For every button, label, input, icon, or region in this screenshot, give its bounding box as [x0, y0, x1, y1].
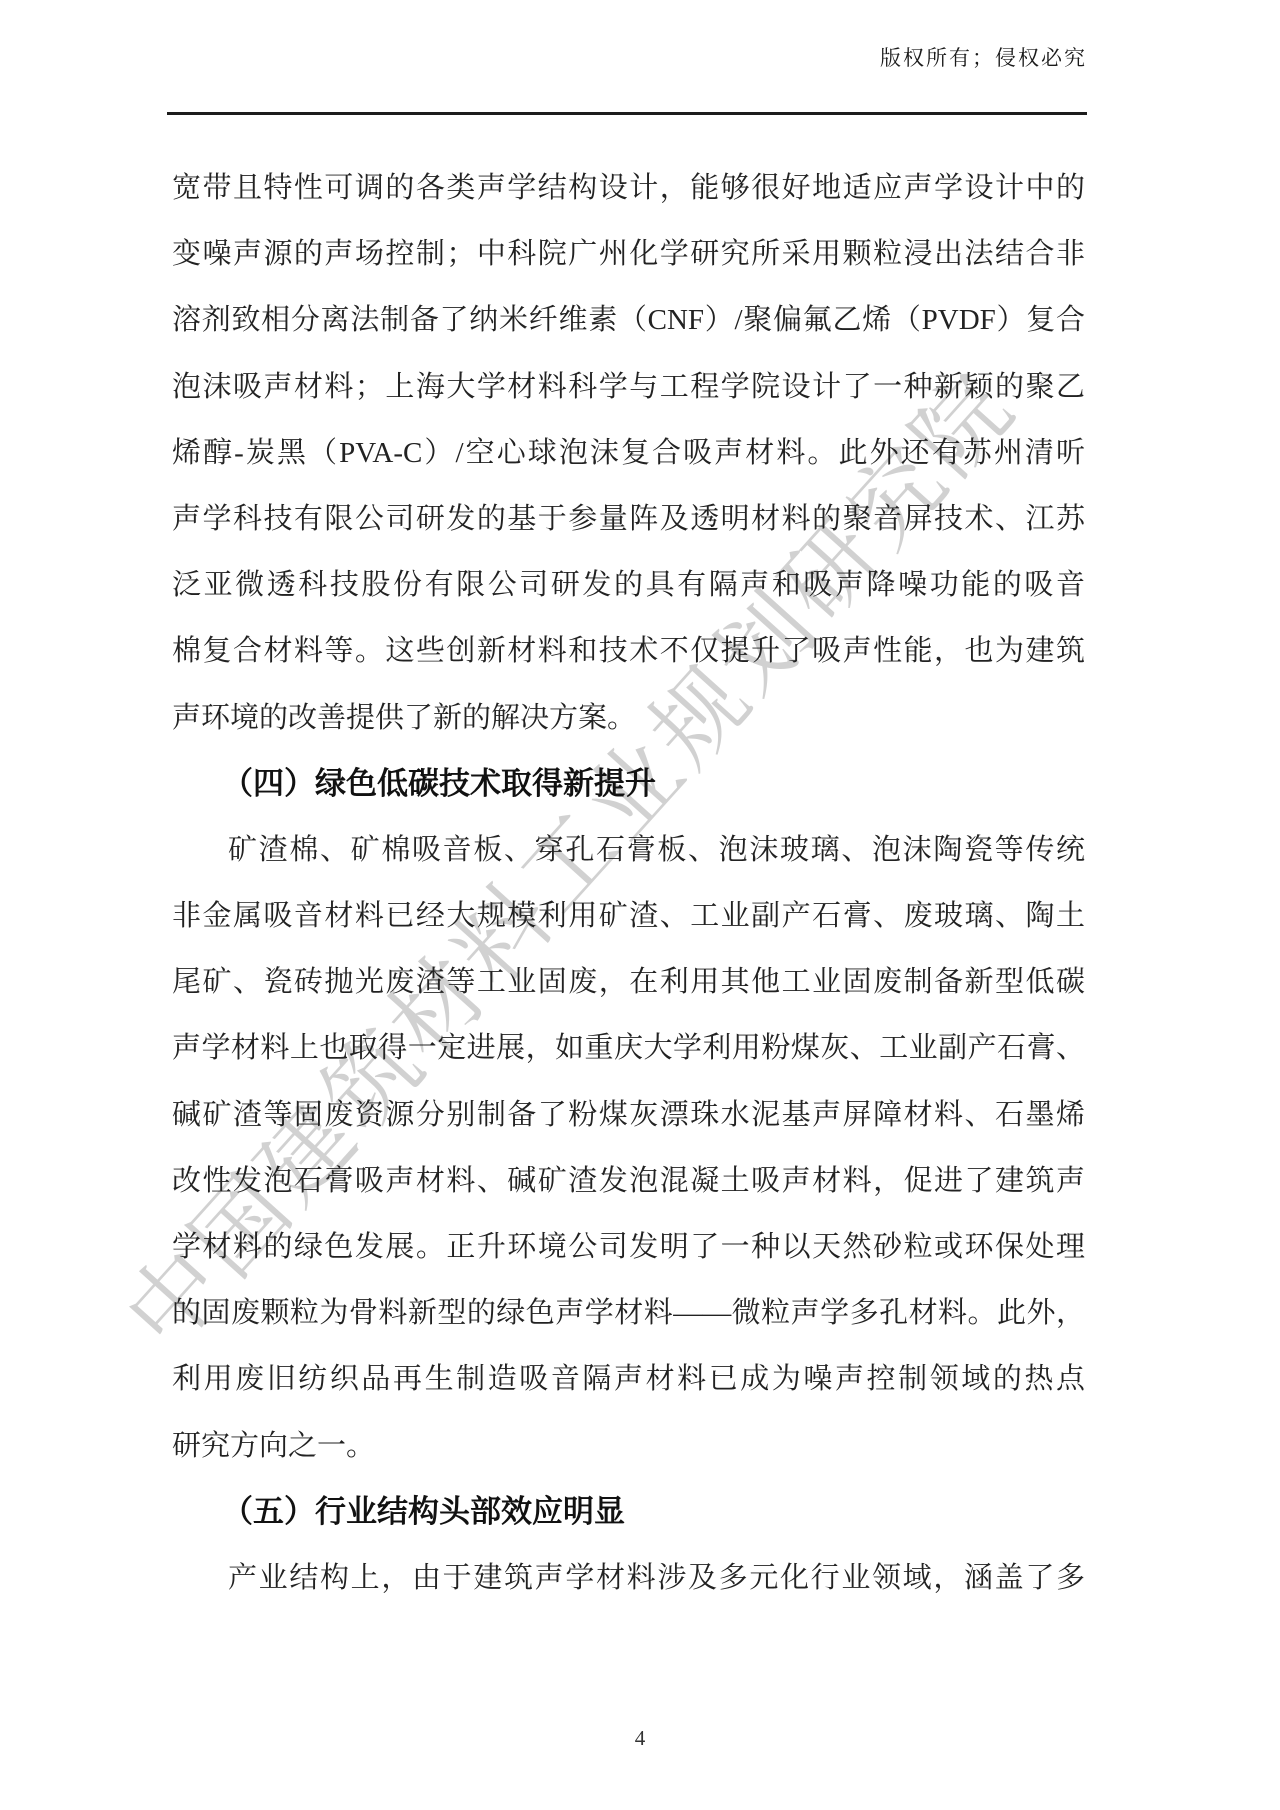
- copyright-notice: 版权所有；侵权必究: [880, 46, 1087, 70]
- body-line: 泡沫吸声材料；上海大学材料科学与工程学院设计了一种新颖的聚乙: [172, 354, 1085, 420]
- section-heading: （五）行业结构头部效应明显: [172, 1479, 1085, 1545]
- body-line: 溶剂致相分离法制备了纳米纤维素（CNF）/聚偏氟乙烯（PVDF）复合: [172, 287, 1085, 353]
- body-line: 变噪声源的声场控制；中科院广州化学研究所采用颗粒浸出法结合非: [172, 221, 1085, 287]
- page-header: 版权所有；侵权必究: [167, 42, 1087, 72]
- body-line: 烯醇-炭黑（PVA-C）/空心球泡沫复合吸声材料。此外还有苏州清听: [172, 420, 1085, 486]
- body-line: 的固废颗粒为骨料新型的绿色声学材料——微粒声学多孔材料。此外，: [172, 1280, 1085, 1346]
- body-line: 尾矿、瓷砖抛光废渣等工业固废，在利用其他工业固废制备新型低碳: [172, 949, 1085, 1015]
- body-line: 声学材料上也取得一定进展，如重庆大学利用粉煤灰、工业副产石膏、: [172, 1015, 1085, 1081]
- body-line: 学材料的绿色发展。正升环境公司发明了一种以天然砂粒或环保处理: [172, 1214, 1085, 1280]
- header-divider: [167, 112, 1087, 115]
- page-footer: 4: [0, 1726, 1280, 1751]
- body-line: 声环境的改善提供了新的解决方案。: [172, 685, 1085, 751]
- body-line: 产业结构上，由于建筑声学材料涉及多元化行业领域，涵盖了多: [172, 1545, 1085, 1611]
- body-line: 研究方向之一。: [172, 1413, 1085, 1479]
- body-line: 改性发泡石膏吸声材料、碱矿渣发泡混凝土吸声材料，促进了建筑声: [172, 1148, 1085, 1214]
- body-line: 棉复合材料等。这些创新材料和技术不仅提升了吸声性能，也为建筑: [172, 618, 1085, 684]
- body-line: 矿渣棉、矿棉吸音板、穿孔石膏板、泡沫玻璃、泡沫陶瓷等传统: [172, 817, 1085, 883]
- document-body: 宽带且特性可调的各类声学结构设计，能够很好地适应声学设计中的变噪声源的声场控制；…: [172, 155, 1085, 1611]
- body-line: 声学科技有限公司研发的基于参量阵及透明材料的聚音屏技术、江苏: [172, 486, 1085, 552]
- body-line: 非金属吸音材料已经大规模利用矿渣、工业副产石膏、废玻璃、陶土: [172, 883, 1085, 949]
- body-line: 利用废旧纺织品再生制造吸音隔声材料已成为噪声控制领域的热点: [172, 1346, 1085, 1412]
- body-line: 宽带且特性可调的各类声学结构设计，能够很好地适应声学设计中的: [172, 155, 1085, 221]
- document-page: 版权所有；侵权必究 中国建筑材料工业规划研究院 宽带且特性可调的各类声学结构设计…: [0, 0, 1280, 1810]
- body-line: 泛亚微透科技股份有限公司研发的具有隔声和吸声降噪功能的吸音: [172, 552, 1085, 618]
- section-heading: （四）绿色低碳技术取得新提升: [172, 751, 1085, 817]
- page-number: 4: [635, 1726, 646, 1750]
- body-line: 碱矿渣等固废资源分别制备了粉煤灰漂珠水泥基声屏障材料、石墨烯: [172, 1082, 1085, 1148]
